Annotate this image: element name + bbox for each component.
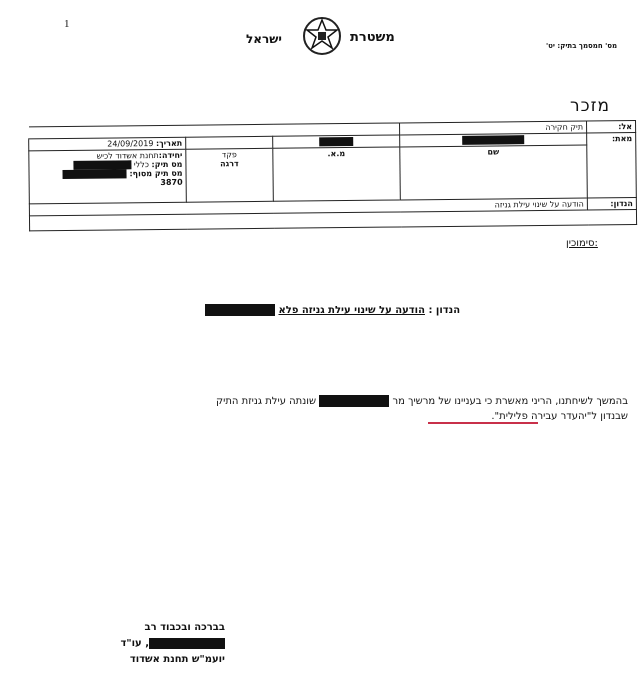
rank-cell: פקדדרגה <box>186 148 274 202</box>
from-label: מאת: <box>587 133 637 199</box>
police-star-emblem-icon <box>302 16 342 56</box>
redaction <box>319 137 353 146</box>
unit-case-cell: יחידה:תחנת אשדוד לכיש מס תיק: כללי מס תי… <box>29 149 187 204</box>
signature-block: בברכה ובכבוד רב , עו"ד יועמ"ש תחנת אשדוד <box>85 620 225 668</box>
org-name-israel: ישראל <box>246 32 282 46</box>
subject-line: הנדון : הודעה על שינוי עילת גניזה פלא <box>205 304 460 316</box>
redaction <box>149 638 225 649</box>
body-paragraph: בהמשך לשיחתנו, הריני מאשרת כי בעניינו של… <box>72 394 628 424</box>
document-reference: מס' חמסמך בתיק: יט' <box>546 42 617 50</box>
redaction <box>462 135 524 145</box>
memo-title: מזכר <box>570 96 610 116</box>
redaction <box>319 395 389 407</box>
subject-label: הנדון: <box>587 198 636 211</box>
page-number: 1 <box>64 18 70 30</box>
org-name-police: משטרת <box>350 30 395 45</box>
memo-header-table: אל: תיק חקירה מאת: תאריך: 24/09/2019 שם … <box>28 120 637 231</box>
name-label: שם <box>400 145 588 200</box>
references-label: סימוכין: <box>566 238 598 249</box>
to-label: אל: <box>587 121 636 134</box>
red-underline-annotation <box>428 422 538 424</box>
redaction <box>63 169 127 179</box>
date-value: 24/09/2019 <box>107 139 153 148</box>
subject-text: הודעה על שינוי עילת גניזה פלא <box>278 305 424 316</box>
redaction <box>205 304 275 316</box>
id-label: מ.א. <box>273 147 401 201</box>
